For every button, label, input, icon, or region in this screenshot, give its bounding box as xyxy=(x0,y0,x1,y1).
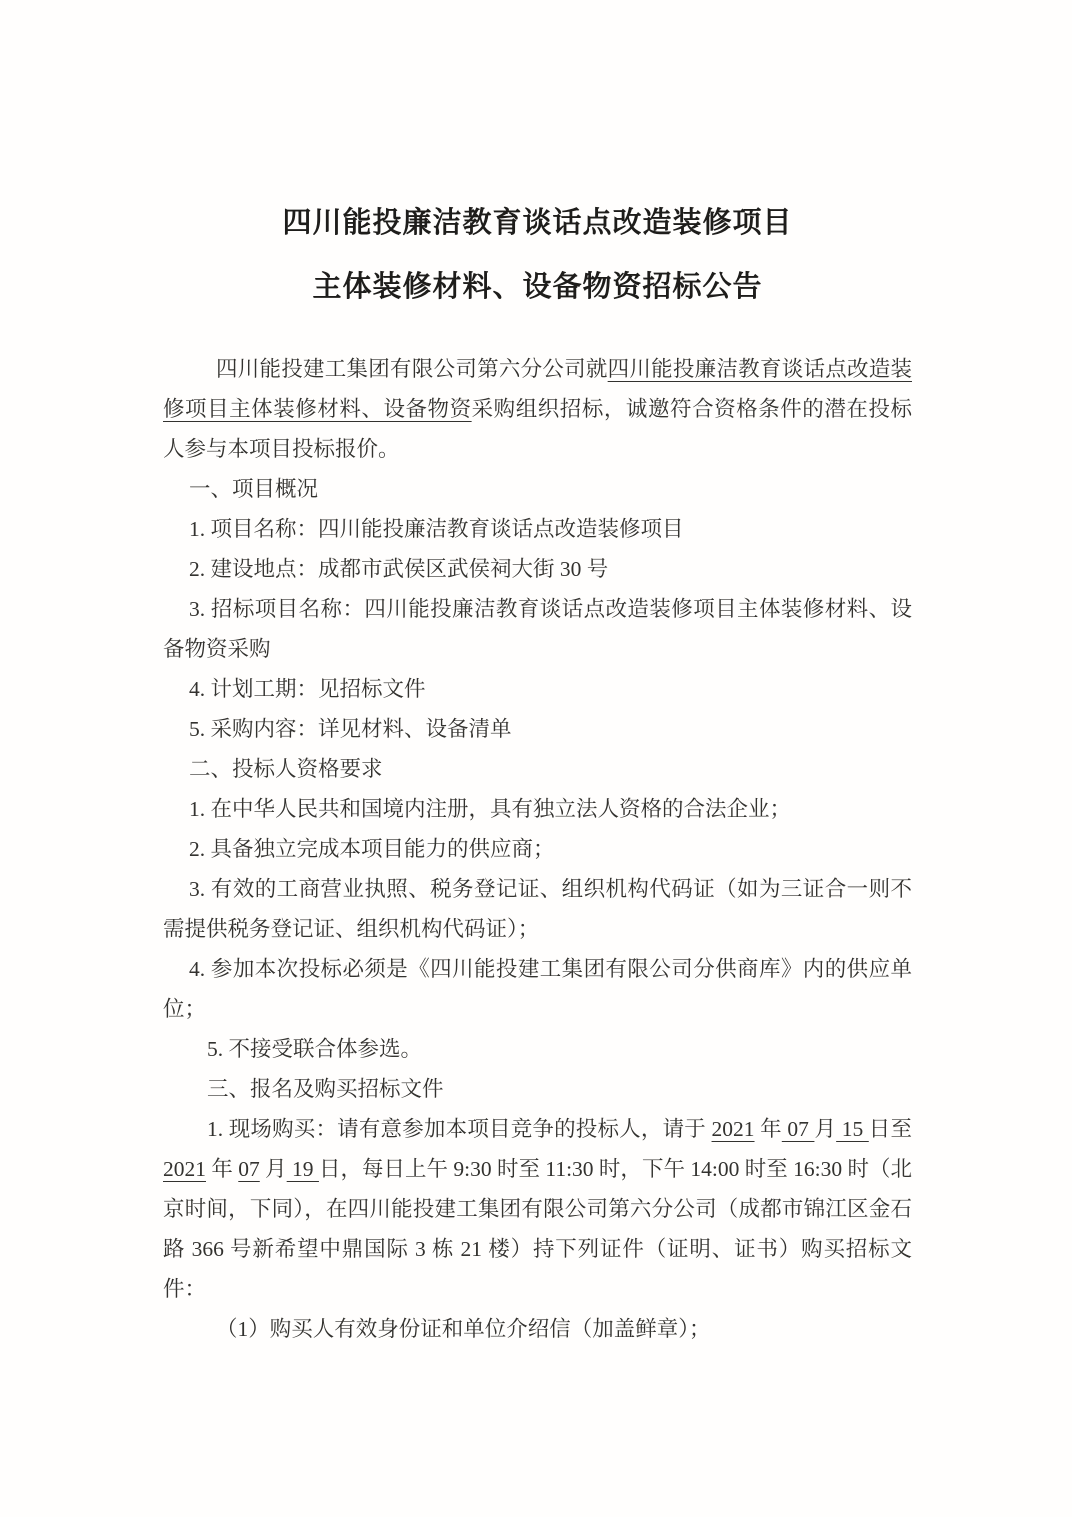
underlined-text-segment: 07 xyxy=(782,1117,815,1141)
section-1-item-4: 4. 计划工期：见招标文件 xyxy=(163,669,912,709)
document-content: 四川能投廉洁教育谈话点改造装修项目 主体装修材料、设备物资招标公告 四川能投建工… xyxy=(163,203,912,1349)
text-segment: 年 xyxy=(206,1157,238,1181)
section-1-item-3: 3. 招标项目名称：四川能投廉洁教育谈话点改造装修项目主体装修材料、设备物资采购 xyxy=(163,589,912,669)
section-1-heading: 一、项目概况 xyxy=(163,469,912,509)
section-2-item-3: 3. 有效的工商营业执照、税务登记证、组织机构代码证（如为三证合一则不需提供税务… xyxy=(163,869,912,949)
text-segment: 月 xyxy=(814,1117,836,1141)
section-3-sub-item-1: （1）购买人有效身份证和单位介绍信（加盖鲜章）； xyxy=(163,1309,912,1349)
section-1-item-1: 1. 项目名称：四川能投廉洁教育谈话点改造装修项目 xyxy=(163,509,912,549)
document-body: 四川能投建工集团有限公司第六分公司就四川能投廉洁教育谈话点改造装修项目主体装修材… xyxy=(163,349,912,1349)
section-2-item-1: 1. 在中华人民共和国境内注册，具有独立法人资格的合法企业； xyxy=(163,789,912,829)
section-2-item-2: 2. 具备独立完成本项目能力的供应商； xyxy=(163,829,912,869)
text-segment: 四川能投建工集团有限公司第六分公司就 xyxy=(216,357,608,381)
section-2-item-4: 4. 参加本次投标必须是《四川能投建工集团有限公司分供商库》内的供应单位； xyxy=(163,949,912,1029)
section-3-item-1: 1. 现场购买：请有意参加本项目竞争的投标人，请于 2021 年 07 月 15… xyxy=(163,1109,912,1309)
document-title-line-2: 主体装修材料、设备物资招标公告 xyxy=(163,267,912,307)
text-segment: 月 xyxy=(260,1157,287,1181)
intro-paragraph: 四川能投建工集团有限公司第六分公司就四川能投廉洁教育谈话点改造装修项目主体装修材… xyxy=(163,349,912,469)
scanned-document-page: 四川能投廉洁教育谈话点改造装修项目 主体装修材料、设备物资招标公告 四川能投建工… xyxy=(0,0,1072,1517)
section-2-item-5: 5. 不接受联合体参选。 xyxy=(163,1029,912,1069)
text-segment: 1. 现场购买：请有意参加本项目竞争的投标人，请于 xyxy=(207,1117,712,1141)
section-3-heading: 三、报名及购买招标文件 xyxy=(163,1069,912,1109)
section-1-item-2: 2. 建设地点：成都市武侯区武侯祠大街 30 号 xyxy=(163,549,912,589)
underlined-text-segment: 2021 xyxy=(712,1117,755,1141)
underlined-text-segment: 15 xyxy=(836,1117,869,1141)
section-1-item-5: 5. 采购内容：详见材料、设备清单 xyxy=(163,709,912,749)
document-title-line-1: 四川能投廉洁教育谈话点改造装修项目 xyxy=(163,203,912,243)
text-segment: 日至 xyxy=(869,1117,912,1141)
section-2-heading: 二、投标人资格要求 xyxy=(163,749,912,789)
underlined-text-segment: 19 xyxy=(287,1157,319,1181)
text-segment: 年 xyxy=(755,1117,782,1141)
underlined-text-segment: 2021 xyxy=(163,1157,206,1181)
underlined-text-segment: 07 xyxy=(238,1157,260,1181)
